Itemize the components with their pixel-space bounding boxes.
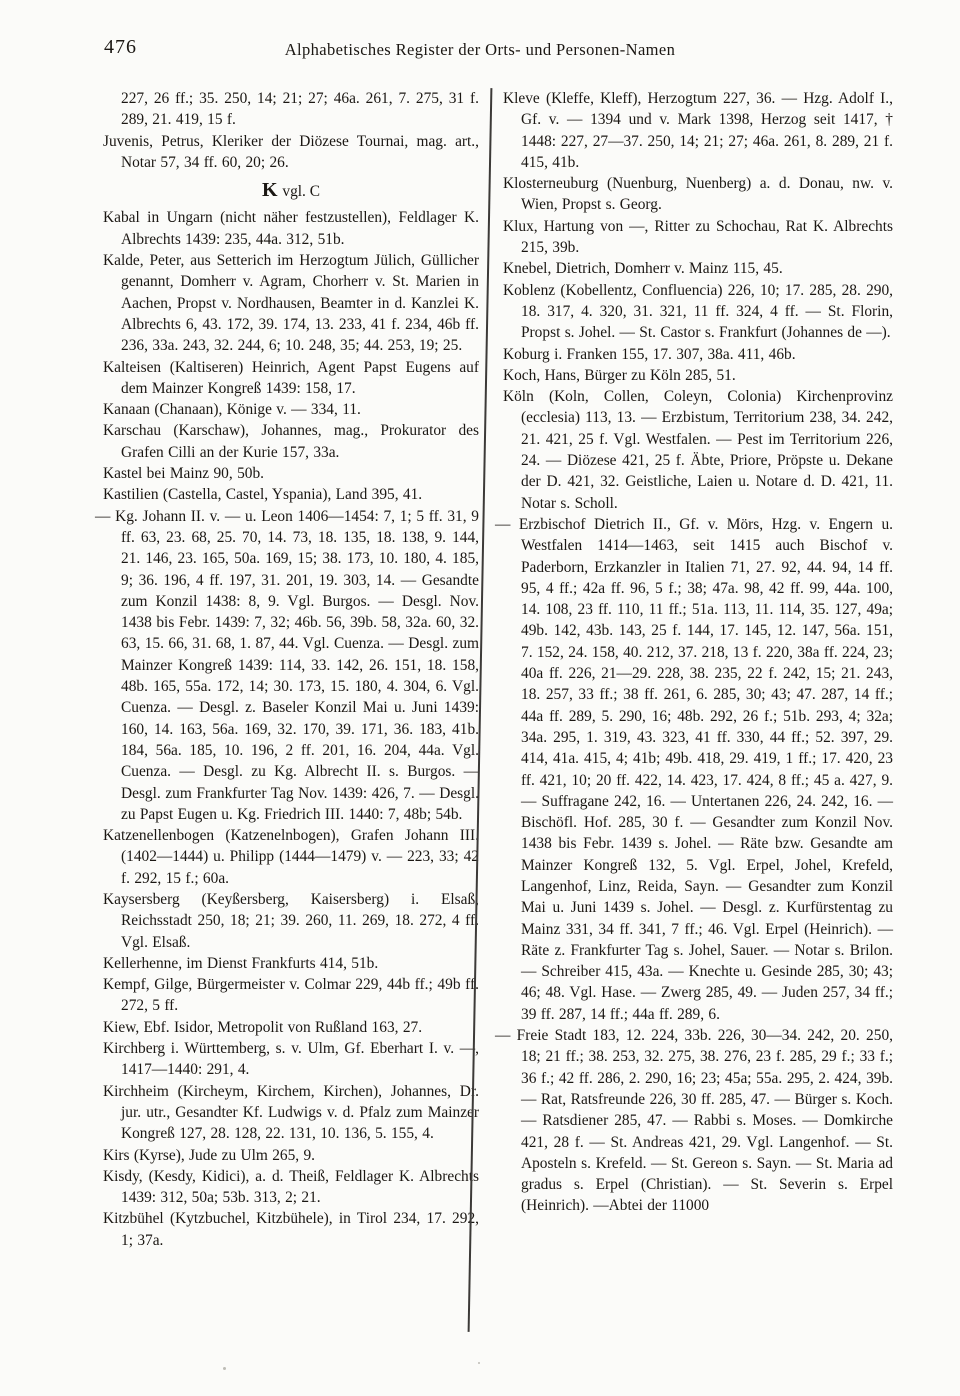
book-page: 476 Alphabetisches Register der Orts- un… xyxy=(0,0,960,1396)
index-entry: Juvenis, Petrus, Kleriker der Diözese To… xyxy=(103,131,479,174)
index-column-right: Kleve (Kleffe, Kleff), Herzogtum 227, 36… xyxy=(503,88,893,1217)
index-entry: Kirchberg i. Württemberg, s. v. Ulm, Gf.… xyxy=(103,1038,479,1081)
index-entry: Kleve (Kleffe, Kleff), Herzogtum 227, 36… xyxy=(503,88,893,173)
index-column-left: 227, 26 ff.; 35. 250, 14; 21; 27; 46a. 2… xyxy=(103,88,479,1251)
section-note: vgl. C xyxy=(279,183,320,200)
section-letter: K xyxy=(262,179,279,201)
scan-artifact-speck xyxy=(223,1367,226,1370)
scan-artifact-speck xyxy=(478,1362,480,1364)
index-entry: 227, 26 ff.; 35. 250, 14; 21; 27; 46a. 2… xyxy=(103,88,479,131)
index-entry: Kisdy, (Kesdy, Kidici), a. d. Theiß, Fel… xyxy=(103,1166,479,1209)
index-entry: Kalteisen (Kaltiseren) Heinrich, Agent P… xyxy=(103,357,479,400)
index-entry: Karschau (Karschaw), Johannes, mag., Pro… xyxy=(103,420,479,463)
index-entry: Koch, Hans, Bürger zu Köln 285, 51. xyxy=(503,365,893,386)
index-entry: Kaysersberg (Keyßersberg, Kaisersberg) i… xyxy=(103,889,479,953)
index-entry: Kastel bei Mainz 90, 50b. xyxy=(103,463,479,484)
index-entry: Klosterneuburg (Nuenburg, Nuenberg) a. d… xyxy=(503,173,893,216)
index-entry: Klux, Hartung von —, Ritter zu Schochau,… xyxy=(503,216,893,259)
index-entry: Kitzbühel (Kytzbuchel, Kitzbühele), in T… xyxy=(103,1208,479,1251)
index-entry: Kanaan (Chanaan), Könige v. — 334, 11. xyxy=(103,399,479,420)
index-entry: Koburg i. Franken 155, 17. 307, 38a. 411… xyxy=(503,344,893,365)
index-entry: — Freie Stadt 183, 12. 224, 33b. 226, 30… xyxy=(503,1025,893,1217)
index-entry: Knebel, Dietrich, Domherr v. Mainz 115, … xyxy=(503,258,893,279)
running-header: Alphabetisches Register der Orts- und Pe… xyxy=(120,40,840,60)
index-entry: Kempf, Gilge, Bürgermeister v. Colmar 22… xyxy=(103,974,479,1017)
index-entry: Köln (Koln, Collen, Coleyn, Colonia) Kir… xyxy=(503,386,893,514)
index-entry: — Kg. Johann II. v. — u. Leon 1406—1454:… xyxy=(103,506,479,825)
index-entry: Kirchheim (Kircheym, Kirchem, Kirchen), … xyxy=(103,1081,479,1145)
index-entry: Kalde, Peter, aus Setterich im Herzogtum… xyxy=(103,250,479,356)
index-entry: Katzenellenbogen (Katzenelnbogen), Grafe… xyxy=(103,825,479,889)
index-entry: Kellerhenne, im Dienst Frankfurts 414, 5… xyxy=(103,953,479,974)
index-entry: Kirs (Kyrse), Jude zu Ulm 265, 9. xyxy=(103,1145,479,1166)
index-entry: Kastilien (Castella, Castel, Yspania), L… xyxy=(103,484,479,505)
section-heading: K vgl. C xyxy=(103,180,479,202)
index-entry: Koblenz (Kobellentz, Confluencia) 226, 1… xyxy=(503,280,893,344)
index-entry: Kabal in Ungarn (nicht näher festzustell… xyxy=(103,207,479,250)
index-entry: Kiew, Ebf. Isidor, Metropolit von Rußlan… xyxy=(103,1017,479,1038)
index-entry: — Erzbischof Dietrich II., Gf. v. Mörs, … xyxy=(503,514,893,1025)
